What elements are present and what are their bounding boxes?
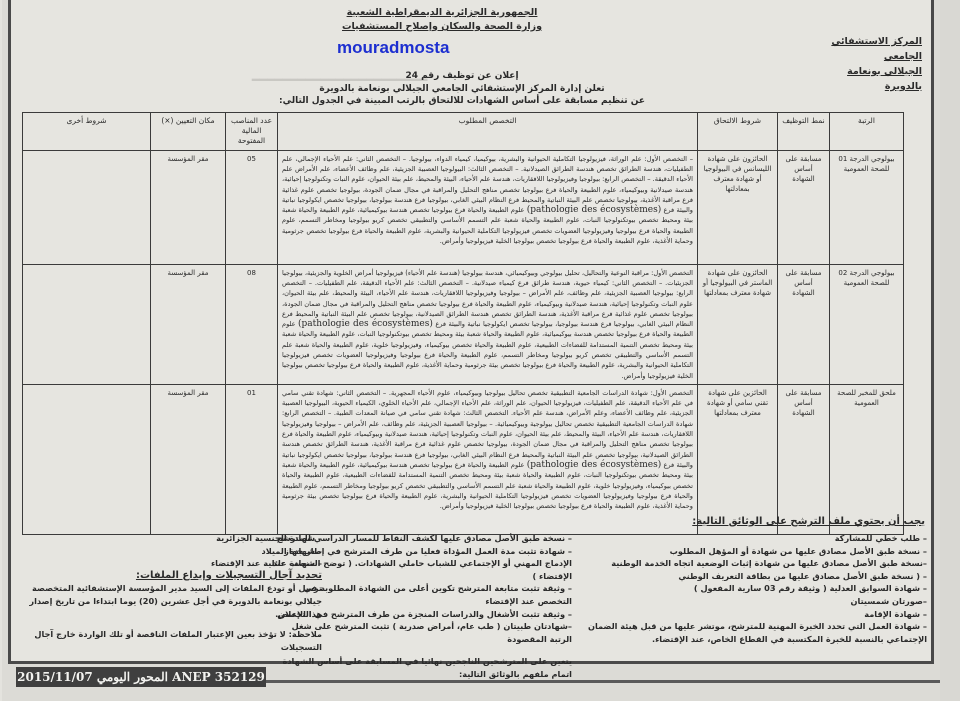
cell-rank: ملحق للمخبر للصحة العمومية xyxy=(830,384,904,534)
cell-other xyxy=(23,264,151,384)
table-header-row: الرتبة نمط التوظيف شروط الالتحاق التخصص … xyxy=(23,113,904,151)
table-row: بيولوجي الدرجة 02 للصحة العمومية مسابقة … xyxy=(23,264,904,384)
note-text: ملاحظة: لا تؤخذ بعين الإعتبار الملفات ال… xyxy=(22,628,322,653)
cell-mode: مسابقة على أساس الشهادة xyxy=(778,384,830,534)
ministry-name: وزارة الصحة والسكان وإصلاح المستشفيات xyxy=(272,20,612,34)
specialty-tail: علوم الطبيعة والحياة فرع بيولوجيا تخصص ه… xyxy=(282,320,693,379)
cell-mode: مسابقة على أساس الشهادة xyxy=(778,264,830,384)
document-item: – نسخة طبق الأصل مصادق عليها من شهادة أو… xyxy=(577,545,927,558)
header-place: مكان التعيين (×) xyxy=(151,113,226,151)
cell-specialty: التخصص الأول: شهادة الدراسات الجامعية ال… xyxy=(278,384,698,534)
header-positions: عدد المناصب المالية المفتوحة xyxy=(226,113,278,151)
table-row: بيولوجي الدرجة 01 للصحة العمومية مسابقة … xyxy=(23,150,904,264)
cell-positions: 01 xyxy=(226,384,278,534)
deadline-title: تحديد آجال التسجيلات وإيداع الملفات: xyxy=(22,570,322,583)
cell-place: مقر المؤسسة xyxy=(151,384,226,534)
deadline-text: ترسل أو تودع الملفات إلى السيد مدير المؤ… xyxy=(22,582,322,620)
header-specialty: التخصص المطلوب xyxy=(278,113,698,151)
cell-conditions: الحائزون على شهادة الليسانس في البيولوجي… xyxy=(698,150,778,264)
cell-positions: 08 xyxy=(226,264,278,384)
newspaper-page: ـــــــــــــــــــــــ الجمهورية الجزائ… xyxy=(2,0,942,701)
cell-mode: مسابقة على أساس الشهادة xyxy=(778,150,830,264)
page-margin xyxy=(940,0,960,701)
watermark: mouradmosta xyxy=(337,38,449,58)
document-item: – ( نسخة طبق الأصل مصادق عليها من بطاقة … xyxy=(577,570,927,583)
specialty-text: التخصص الأول: شهادة الدراسات الجامعية ال… xyxy=(282,389,693,469)
header-institution: المركز الاستشفائي الجامعي الجيلالي بونعا… xyxy=(822,34,922,94)
cell-specialty: – التخصص الأول: علم الوراثة، فيزيولوجيا … xyxy=(278,150,698,264)
successful-candidates-note: يتعين على المترشحين الناجحين نهائيا في ا… xyxy=(272,655,572,680)
cell-positions: 05 xyxy=(226,150,278,264)
header-rank: الرتبة xyxy=(830,113,904,151)
republic-name: الجمهورية الجزائرية الديمقراطية الشعبية xyxy=(272,6,612,20)
announcement-title: إعلان عن توظيف رقم 24 xyxy=(222,70,702,83)
announcement-intro: إعلان عن توظيف رقم 24 تعلن إدارة المركز … xyxy=(222,70,702,108)
cell-other xyxy=(23,384,151,534)
documents-title: يجب أن يحتوي ملف الترشح على الوثائق التا… xyxy=(692,516,925,529)
table-row: ملحق للمخبر للصحة العمومية مسابقة على أس… xyxy=(23,384,904,534)
publication-footer: ANEP 352129 المحور اليومي 2015/11/07 xyxy=(16,667,266,687)
specialty-fr: (pathologie des écosystèmes) xyxy=(527,460,662,470)
institution-line2: الجيلالي بونعامة بالدويرة xyxy=(822,64,922,94)
announcement-line1: تعلن إدارة المركز الإستشفائي الجامعي الج… xyxy=(222,83,702,96)
document-item: –نسخة طبق الأصل مصادق عليها من شهادة إثب… xyxy=(577,557,927,570)
document-item: – شهادة الميلاد xyxy=(22,545,322,558)
document-item: – شهادة عائلية عند الإقتضاء xyxy=(22,557,322,570)
cell-place: مقر المؤسسة xyxy=(151,264,226,384)
header-other: شروط أخرى xyxy=(23,113,151,151)
cell-other xyxy=(23,150,151,264)
required-documents: يجب أن يحتوي ملف الترشح على الوثائق التا… xyxy=(22,516,927,664)
document-item: – شهادة الإقامة xyxy=(577,608,927,621)
announcement-line2: عن تنظيم مسابقة على أساس الشهادات للالتح… xyxy=(222,95,702,108)
document-item: – طلب خطي للمشاركة xyxy=(577,532,927,545)
cell-conditions: الحائزون على شهادة الماستر في البيولوجيا… xyxy=(698,264,778,384)
footer-rule xyxy=(266,680,942,683)
specialty-fr: (pathologie des écosystèmes) xyxy=(527,205,662,215)
document-item: – شهادة العمل التي تحدد الخبرة المهنية ل… xyxy=(577,620,927,645)
document-item: – شهادة الجنسية الجزائرية xyxy=(22,532,322,545)
positions-table: الرتبة نمط التوظيف شروط الالتحاق التخصص … xyxy=(22,112,904,535)
cell-specialty: التخصص الأول: مراقبة النوعية والتحاليل، … xyxy=(278,264,698,384)
document-item: –صورتان شمسيتان xyxy=(577,595,927,608)
header-conditions: شروط الالتحاق xyxy=(698,113,778,151)
specialty-fr: (pathologie des écosystèmes) xyxy=(298,319,433,329)
cell-rank: بيولوجي الدرجة 02 للصحة العمومية xyxy=(830,264,904,384)
cell-rank: بيولوجي الدرجة 01 للصحة العمومية xyxy=(830,150,904,264)
header-center: الجمهورية الجزائرية الديمقراطية الشعبية … xyxy=(272,6,612,34)
institution-line1: المركز الاستشفائي الجامعي xyxy=(822,34,922,64)
documents-column-1: – طلب خطي للمشاركة – نسخة طبق الأصل مصاد… xyxy=(577,532,927,645)
cell-conditions: الحائزين على شهادة تقني سامي أو شهادة مع… xyxy=(698,384,778,534)
cell-place: مقر المؤسسة xyxy=(151,150,226,264)
documents-column-3: – شهادة الجنسية الجزائرية – شهادة الميلا… xyxy=(22,532,322,653)
header-mode: نمط التوظيف xyxy=(778,113,830,151)
document-item: – شهادة السوابق العدلية ( وثيقة رقم 03 س… xyxy=(577,582,927,595)
